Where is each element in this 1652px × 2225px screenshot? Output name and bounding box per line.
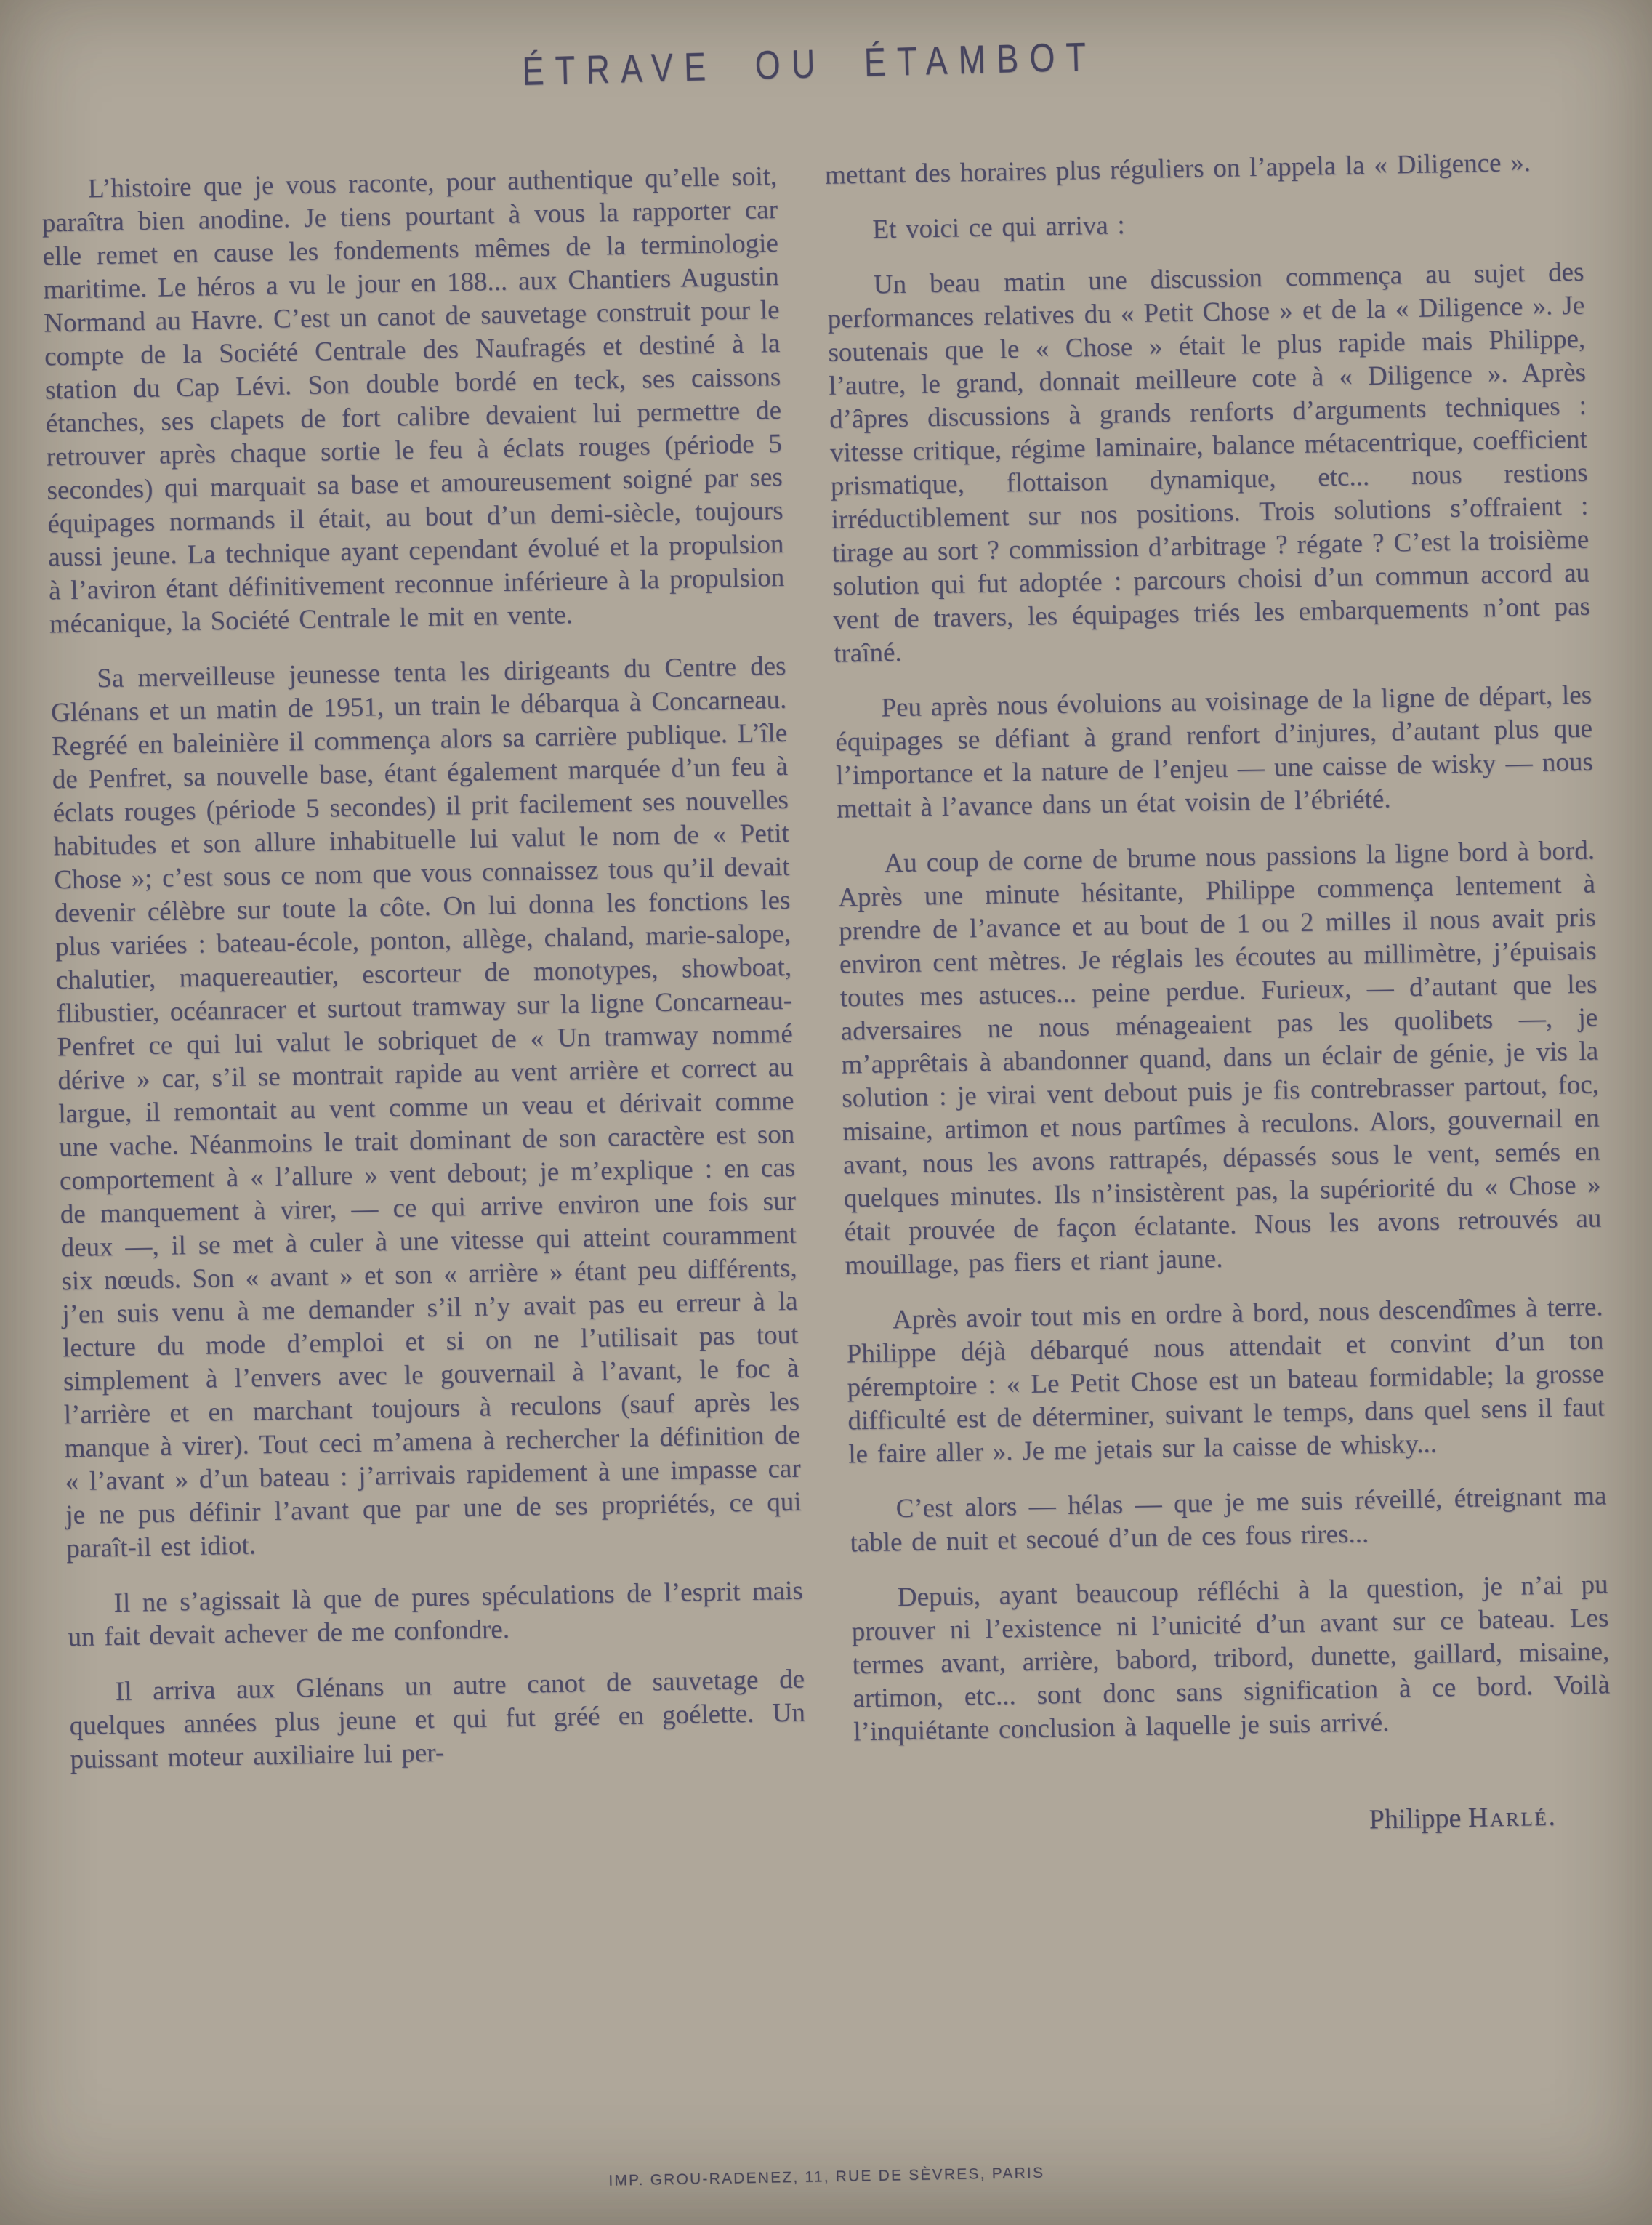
paragraph: L’histoire que je vous raconte, pour aut… (41, 160, 786, 641)
printer-imprint: IMP. GROU-RADENEZ, 11, RUE DE SÈVRES, PA… (73, 2154, 1579, 2200)
text-columns: L’histoire que je vous raconte, pour aut… (37, 145, 1616, 1799)
paragraph: mettant des horaires plus réguliers on l… (825, 145, 1582, 193)
paragraph: Il ne s’agissait là que de pures spécula… (67, 1574, 804, 1655)
paragraph: Au coup de corne de brume nous passions … (837, 834, 1603, 1283)
paragraph: C’est alors — hélas — que je me suis rév… (849, 1479, 1607, 1560)
paragraph: Et voici ce qui arriva : (826, 201, 1583, 248)
column-left: L’histoire que je vous raconte, pour aut… (41, 160, 807, 1798)
author-last-name: Harlé. (1468, 1801, 1558, 1833)
scanned-page: ÉTRAVE OU ÉTAMBOT L’histoire que je vous… (34, 7, 1624, 2219)
paragraph: Après avoir tout mis en ordre à bord, no… (846, 1290, 1606, 1471)
author-first-name: Philippe (1369, 1803, 1468, 1835)
page-title: ÉTRAVE OU ÉTAMBOT (127, 23, 1491, 105)
paragraph: Un beau matin une discussion commença au… (826, 256, 1591, 671)
paragraph: Sa merveilleuse jeunesse tenta les dirig… (50, 650, 802, 1566)
author-signature: Philippe Harlé. (67, 1800, 1557, 1860)
paragraph: Il arriva aux Glénans un autre canot de … (68, 1663, 806, 1777)
column-right: mettant des horaires plus réguliers on l… (825, 145, 1612, 1785)
paragraph: Peu après nous évoluions au voisinage de… (834, 679, 1594, 826)
paragraph: Depuis, ayant beaucoup réfléchi à la que… (851, 1568, 1611, 1749)
